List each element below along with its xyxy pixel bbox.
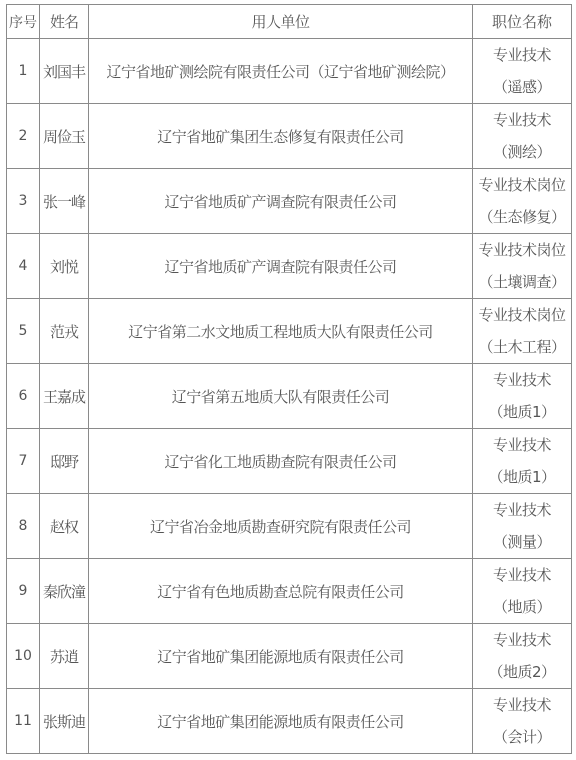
row-name: 张斯迪 (40, 689, 89, 754)
row-unit: 辽宁省第二水文地质工程地质大队有限责任公司 (89, 299, 473, 364)
table-row: 5 范戎 辽宁省第二水文地质工程地质大队有限责任公司 专业技术岗位 （土木工程） (7, 299, 572, 364)
post-specialty: （地质1） (473, 396, 571, 428)
row-no: 9 (7, 559, 40, 624)
post-title: 专业技术 (473, 104, 571, 136)
post-specialty: （遥感） (473, 71, 571, 103)
post-title: 专业技术 (473, 364, 571, 396)
row-unit: 辽宁省地矿集团生态修复有限责任公司 (89, 104, 473, 169)
post-title: 专业技术 (473, 429, 571, 461)
table-row: 2 周俭玉 辽宁省地矿集团生态修复有限责任公司 专业技术 （测绘） (7, 104, 572, 169)
row-no: 10 (7, 624, 40, 689)
row-unit: 辽宁省地矿测绘院有限责任公司（辽宁省地矿测绘院） (89, 39, 473, 104)
table-row: 6 王嘉成 辽宁省第五地质大队有限责任公司 专业技术 （地质1） (7, 364, 572, 429)
row-no: 5 (7, 299, 40, 364)
post-title: 专业技术 (473, 624, 571, 656)
row-name: 刘悦 (40, 234, 89, 299)
table-row: 11 张斯迪 辽宁省地矿集团能源地质有限责任公司 专业技术 （会计） (7, 689, 572, 754)
post-title: 专业技术岗位 (473, 169, 571, 201)
table-header: 序号 姓名 用人单位 职位名称 (7, 5, 572, 39)
table-row: 1 刘国丰 辽宁省地矿测绘院有限责任公司（辽宁省地矿测绘院） 专业技术 （遥感） (7, 39, 572, 104)
post-specialty: （土壤调查） (473, 266, 571, 298)
row-post: 专业技术 （测绘） (473, 104, 572, 169)
row-no: 4 (7, 234, 40, 299)
row-name: 赵权 (40, 494, 89, 559)
table-row: 8 赵权 辽宁省冶金地质勘查研究院有限责任公司 专业技术 （测量） (7, 494, 572, 559)
header-post: 职位名称 (473, 5, 572, 39)
row-name: 周俭玉 (40, 104, 89, 169)
row-post: 专业技术岗位 （土壤调查） (473, 234, 572, 299)
document-container: 序号 姓名 用人单位 职位名称 1 刘国丰 辽宁省地矿测绘院有限责任公司（辽宁省… (6, 4, 572, 754)
row-name: 秦欣潼 (40, 559, 89, 624)
row-unit: 辽宁省冶金地质勘查研究院有限责任公司 (89, 494, 473, 559)
row-unit: 辽宁省有色地质勘查总院有限责任公司 (89, 559, 473, 624)
row-post: 专业技术 （会计） (473, 689, 572, 754)
post-specialty: （土木工程） (473, 331, 571, 363)
row-post: 专业技术岗位 （生态修复） (473, 169, 572, 234)
hiring-list-table: 序号 姓名 用人单位 职位名称 1 刘国丰 辽宁省地矿测绘院有限责任公司（辽宁省… (6, 4, 572, 754)
row-unit: 辽宁省地质矿产调查院有限责任公司 (89, 169, 473, 234)
row-post: 专业技术 （遥感） (473, 39, 572, 104)
table-row: 3 张一峰 辽宁省地质矿产调查院有限责任公司 专业技术岗位 （生态修复） (7, 169, 572, 234)
row-unit: 辽宁省地矿集团能源地质有限责任公司 (89, 624, 473, 689)
row-post: 专业技术 （地质2） (473, 624, 572, 689)
row-name: 刘国丰 (40, 39, 89, 104)
row-post: 专业技术 （地质） (473, 559, 572, 624)
row-name: 范戎 (40, 299, 89, 364)
table-row: 7 邸野 辽宁省化工地质勘查院有限责任公司 专业技术 （地质1） (7, 429, 572, 494)
row-name: 张一峰 (40, 169, 89, 234)
table-row: 9 秦欣潼 辽宁省有色地质勘查总院有限责任公司 专业技术 （地质） (7, 559, 572, 624)
post-specialty: （地质） (473, 591, 571, 623)
row-post: 专业技术岗位 （土木工程） (473, 299, 572, 364)
row-no: 6 (7, 364, 40, 429)
row-post: 专业技术 （地质1） (473, 364, 572, 429)
row-no: 7 (7, 429, 40, 494)
post-title: 专业技术 (473, 494, 571, 526)
post-title: 专业技术 (473, 39, 571, 71)
header-unit: 用人单位 (89, 5, 473, 39)
post-title: 专业技术 (473, 689, 571, 721)
table-body: 1 刘国丰 辽宁省地矿测绘院有限责任公司（辽宁省地矿测绘院） 专业技术 （遥感）… (7, 39, 572, 754)
header-no: 序号 (7, 5, 40, 39)
post-specialty: （会计） (473, 721, 571, 753)
row-post: 专业技术 （测量） (473, 494, 572, 559)
table-row: 4 刘悦 辽宁省地质矿产调查院有限责任公司 专业技术岗位 （土壤调查） (7, 234, 572, 299)
row-unit: 辽宁省地质矿产调查院有限责任公司 (89, 234, 473, 299)
row-unit: 辽宁省第五地质大队有限责任公司 (89, 364, 473, 429)
row-post: 专业技术 （地质1） (473, 429, 572, 494)
row-unit: 辽宁省化工地质勘查院有限责任公司 (89, 429, 473, 494)
row-no: 11 (7, 689, 40, 754)
post-specialty: （测绘） (473, 136, 571, 168)
row-no: 2 (7, 104, 40, 169)
row-name: 苏逍 (40, 624, 89, 689)
row-unit: 辽宁省地矿集团能源地质有限责任公司 (89, 689, 473, 754)
post-title: 专业技术 (473, 559, 571, 591)
header-name: 姓名 (40, 5, 89, 39)
row-no: 8 (7, 494, 40, 559)
post-specialty: （生态修复） (473, 201, 571, 233)
post-specialty: （测量） (473, 526, 571, 558)
row-no: 3 (7, 169, 40, 234)
post-specialty: （地质2） (473, 656, 571, 688)
post-specialty: （地质1） (473, 461, 571, 493)
post-title: 专业技术岗位 (473, 299, 571, 331)
row-name: 邸野 (40, 429, 89, 494)
row-no: 1 (7, 39, 40, 104)
header-row: 序号 姓名 用人单位 职位名称 (7, 5, 572, 39)
row-name: 王嘉成 (40, 364, 89, 429)
table-row: 10 苏逍 辽宁省地矿集团能源地质有限责任公司 专业技术 （地质2） (7, 624, 572, 689)
post-title: 专业技术岗位 (473, 234, 571, 266)
